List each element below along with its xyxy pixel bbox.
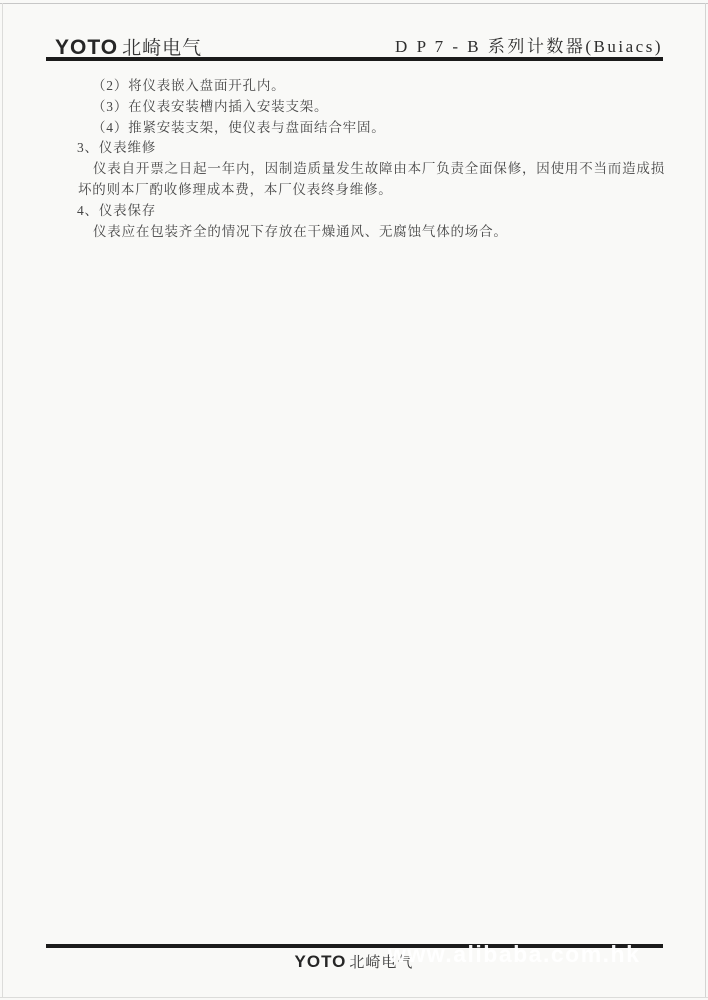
- doc-line-step2: （2）将仪表嵌入盘面开孔内。: [0, 76, 708, 97]
- document-body: （2）将仪表嵌入盘面开孔内。 （3）在仪表安装槽内插入安装支架。 （4）推紧安装…: [0, 76, 708, 242]
- doc-line-section3-heading: 3、仪表维修: [0, 138, 708, 159]
- page-frame-top: [0, 3, 708, 4]
- doc-line-section4-heading: 4、仪表保存: [0, 201, 708, 222]
- doc-line-step3: （3）在仪表安装槽内插入安装支架。: [0, 97, 708, 118]
- doc-line-step4: （4）推紧安装支架，使仪表与盘面结合牢固。: [0, 118, 708, 139]
- header-rule: [46, 57, 663, 61]
- doc-line-section3-para2: 坏的则本厂酌收修理成本费，本厂仪表终身维修。: [0, 180, 708, 201]
- document-title: D P 7 - B 系列计数器(Buiacs): [395, 32, 663, 57]
- watermark-text: www.alibaba.com.hk: [388, 941, 640, 968]
- header-brand-cjk: 北崎电气: [122, 38, 202, 59]
- manual-page: YOTO北崎电气 D P 7 - B 系列计数器(Buiacs) （2）将仪表嵌…: [0, 0, 708, 1000]
- page-frame-bottom: [0, 997, 708, 998]
- header-brand: YOTO北崎电气: [55, 33, 202, 60]
- doc-line-section3-para1: 仪表自开票之日起一年内，因制造质量发生故障由本厂负责全面保修，因使用不当而造成损: [0, 159, 708, 180]
- header-brand-latin: YOTO: [55, 36, 118, 59]
- footer-brand-latin: YOTO: [295, 952, 347, 971]
- doc-line-section4-para: 仪表应在包装齐全的情况下存放在干燥通风、无腐蚀气体的场合。: [0, 222, 708, 243]
